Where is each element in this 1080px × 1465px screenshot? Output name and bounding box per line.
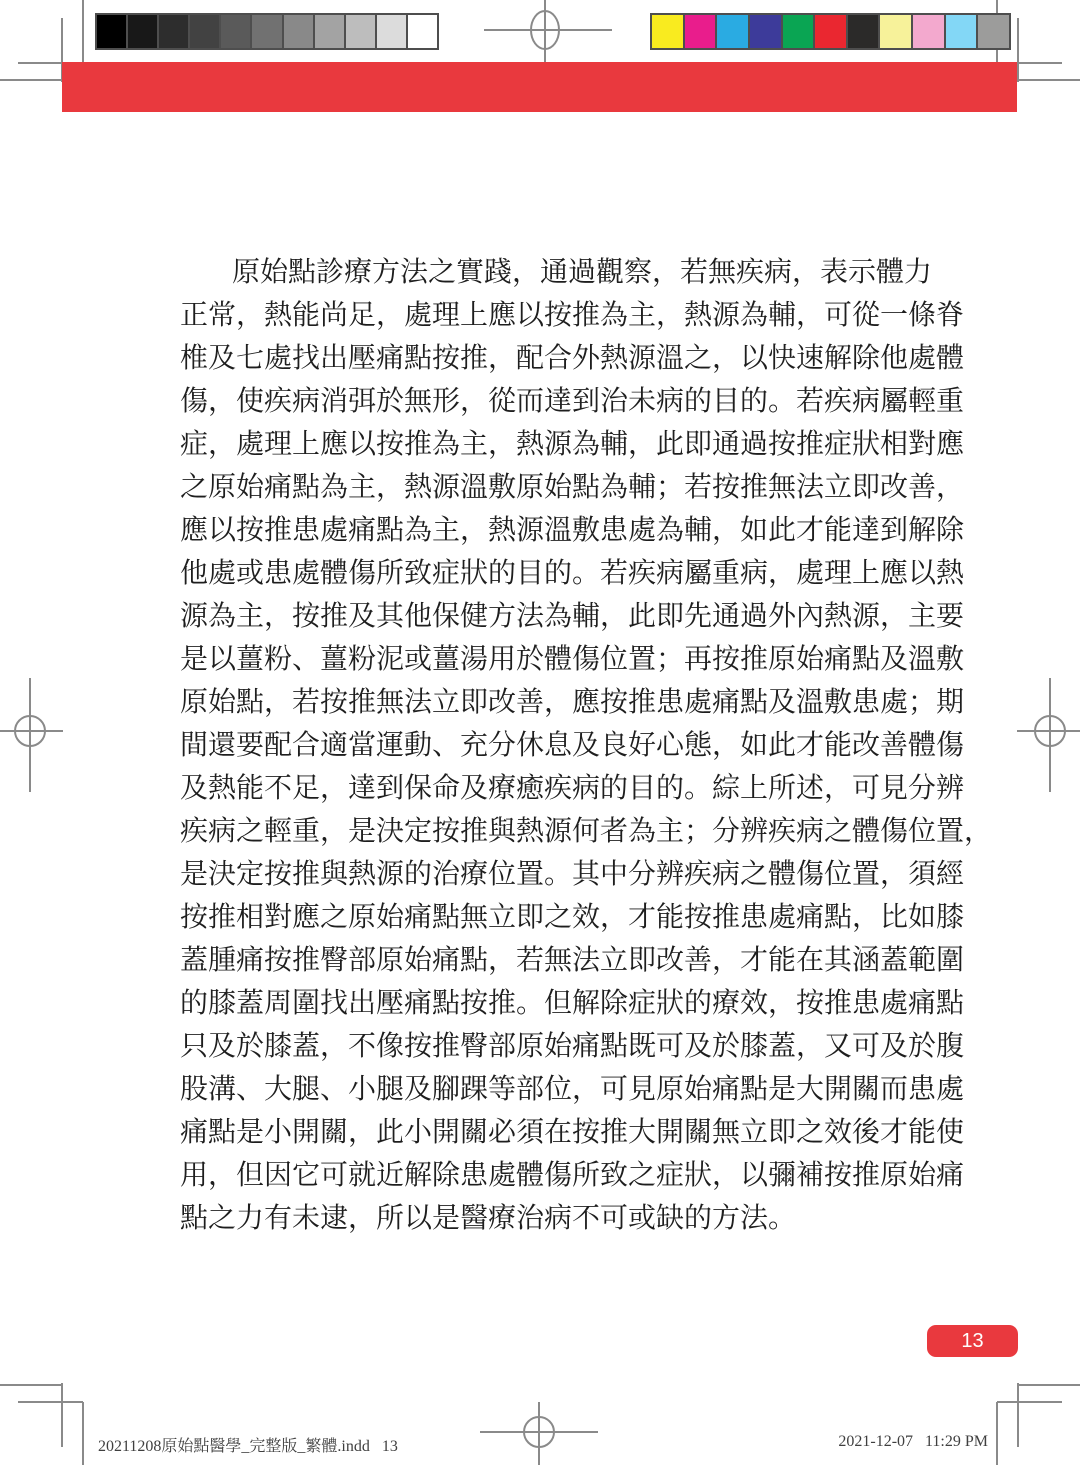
calibration-swatch xyxy=(377,15,408,48)
calibration-swatch xyxy=(346,15,377,48)
text-line: 疾病之輕重，是決定按推與熱源何者為主；分辨疾病之體傷位置， xyxy=(180,809,920,852)
calibration-swatch xyxy=(221,15,252,48)
text-line: 的膝蓋周圍找出壓痛點按推。但解除症狀的療效，按推患處痛點 xyxy=(180,981,920,1024)
footer-timestamp: 2021-12-07 11:29 PM xyxy=(838,1433,988,1451)
calibration-swatch xyxy=(913,15,946,48)
calibration-swatch xyxy=(652,15,685,48)
text-line: 蓋腫痛按推臀部原始痛點，若無法立即改善，才能在其涵蓋範圍 xyxy=(180,938,920,981)
text-line: 之原始痛點為主，熱源溫敷原始點為輔；若按推無法立即改善， xyxy=(180,465,920,508)
calibration-swatch xyxy=(128,15,159,48)
calibration-swatch xyxy=(408,15,437,48)
calibration-swatch xyxy=(97,15,128,48)
page-number-badge: 13 xyxy=(927,1325,1018,1357)
text-line: 痛點是小開關，此小開關必須在按推大開關無立即之效後才能使 xyxy=(180,1110,920,1153)
calibration-swatch xyxy=(946,15,979,48)
text-line: 股溝、大腿、小腿及腳踝等部位，可見原始痛點是大開關而患處 xyxy=(180,1067,920,1110)
calibration-swatch xyxy=(284,15,315,48)
crop-mark-bottom-right xyxy=(997,1383,1080,1465)
calibration-swatch xyxy=(685,15,718,48)
registration-mark-bottom xyxy=(480,1402,598,1465)
scanned-book-page: { "calibration": { "grayscale_bar": ["#0… xyxy=(0,0,1080,1465)
text-line: 他處或患處體傷所致症狀的目的。若疾病屬重病，處理上應以熱 xyxy=(180,551,920,594)
registration-mark-top xyxy=(484,0,612,62)
text-line: 是決定按推與熱源的治療位置。其中分辨疾病之體傷位置，須經 xyxy=(180,852,920,895)
text-line: 是以薑粉、薑粉泥或薑湯用於體傷位置；再按推原始痛點及溫敷 xyxy=(180,637,920,680)
calibration-swatch xyxy=(815,15,848,48)
body-text: 原始點診療方法之實踐，通過觀察，若無疾病，表示體力正常，熱能尚足，處理上應以按推… xyxy=(180,250,920,1239)
calibration-swatch xyxy=(848,15,881,48)
calibration-swatch xyxy=(190,15,221,48)
color-calibration-bar xyxy=(650,13,1011,50)
text-line: 源為主，按推及其他保健方法為輔，此即先通過外內熱源，主要 xyxy=(180,594,920,637)
footer-filename: 20211208原始點醫學_完整版_繁體.indd 13 xyxy=(98,1433,398,1456)
text-line: 應以按推患處痛點為主，熱源溫敷患處為輔，如此才能達到解除 xyxy=(180,508,920,551)
text-line: 原始點，若按推無法立即改善，應按推患處痛點及溫敷患處；期 xyxy=(180,680,920,723)
calibration-swatch xyxy=(783,15,816,48)
calibration-swatch xyxy=(252,15,283,48)
calibration-swatch xyxy=(159,15,190,48)
text-line: 正常，熱能尚足，處理上應以按推為主，熱源為輔，可從一條脊 xyxy=(180,293,920,336)
grayscale-calibration-bar xyxy=(95,13,439,50)
text-line: 按推相對應之原始痛點無立即之效，才能按推患處痛點，比如膝 xyxy=(180,895,920,938)
calibration-swatch xyxy=(750,15,783,48)
calibration-swatch xyxy=(880,15,913,48)
crop-mark-bottom-left xyxy=(0,1383,83,1465)
text-line: 原始點診療方法之實踐，通過觀察，若無疾病，表示體力 xyxy=(180,250,920,293)
calibration-swatch xyxy=(717,15,750,48)
text-line: 及熱能不足，達到保命及療癒疾病的目的。綜上所述，可見分辨 xyxy=(180,766,920,809)
calibration-swatch xyxy=(978,15,1009,48)
text-line: 間還要配合適當運動、充分休息及良好心態，如此才能改善體傷 xyxy=(180,723,920,766)
page-number: 13 xyxy=(961,1330,983,1353)
text-line: 用，但因它可就近解除患處體傷所致之症狀，以彌補按推原始痛 xyxy=(180,1153,920,1196)
text-line: 只及於膝蓋，不像按推臀部原始痛點既可及於膝蓋，又可及於腹 xyxy=(180,1024,920,1067)
calibration-swatch xyxy=(315,15,346,48)
text-line: 傷，使疾病消弭於無形，從而達到治未病的目的。若疾病屬輕重 xyxy=(180,379,920,422)
text-line: 點之力有未逮，所以是醫療治病不可或缺的方法。 xyxy=(180,1196,920,1239)
registration-mark-left xyxy=(0,678,63,792)
header-banner xyxy=(62,62,1017,112)
registration-mark-right xyxy=(1017,678,1080,792)
text-line: 症，處理上應以按推為主，熱源為輔，此即通過按推症狀相對應 xyxy=(180,422,920,465)
text-line: 椎及七處找出壓痛點按推，配合外熱源溫之，以快速解除他處體 xyxy=(180,336,920,379)
